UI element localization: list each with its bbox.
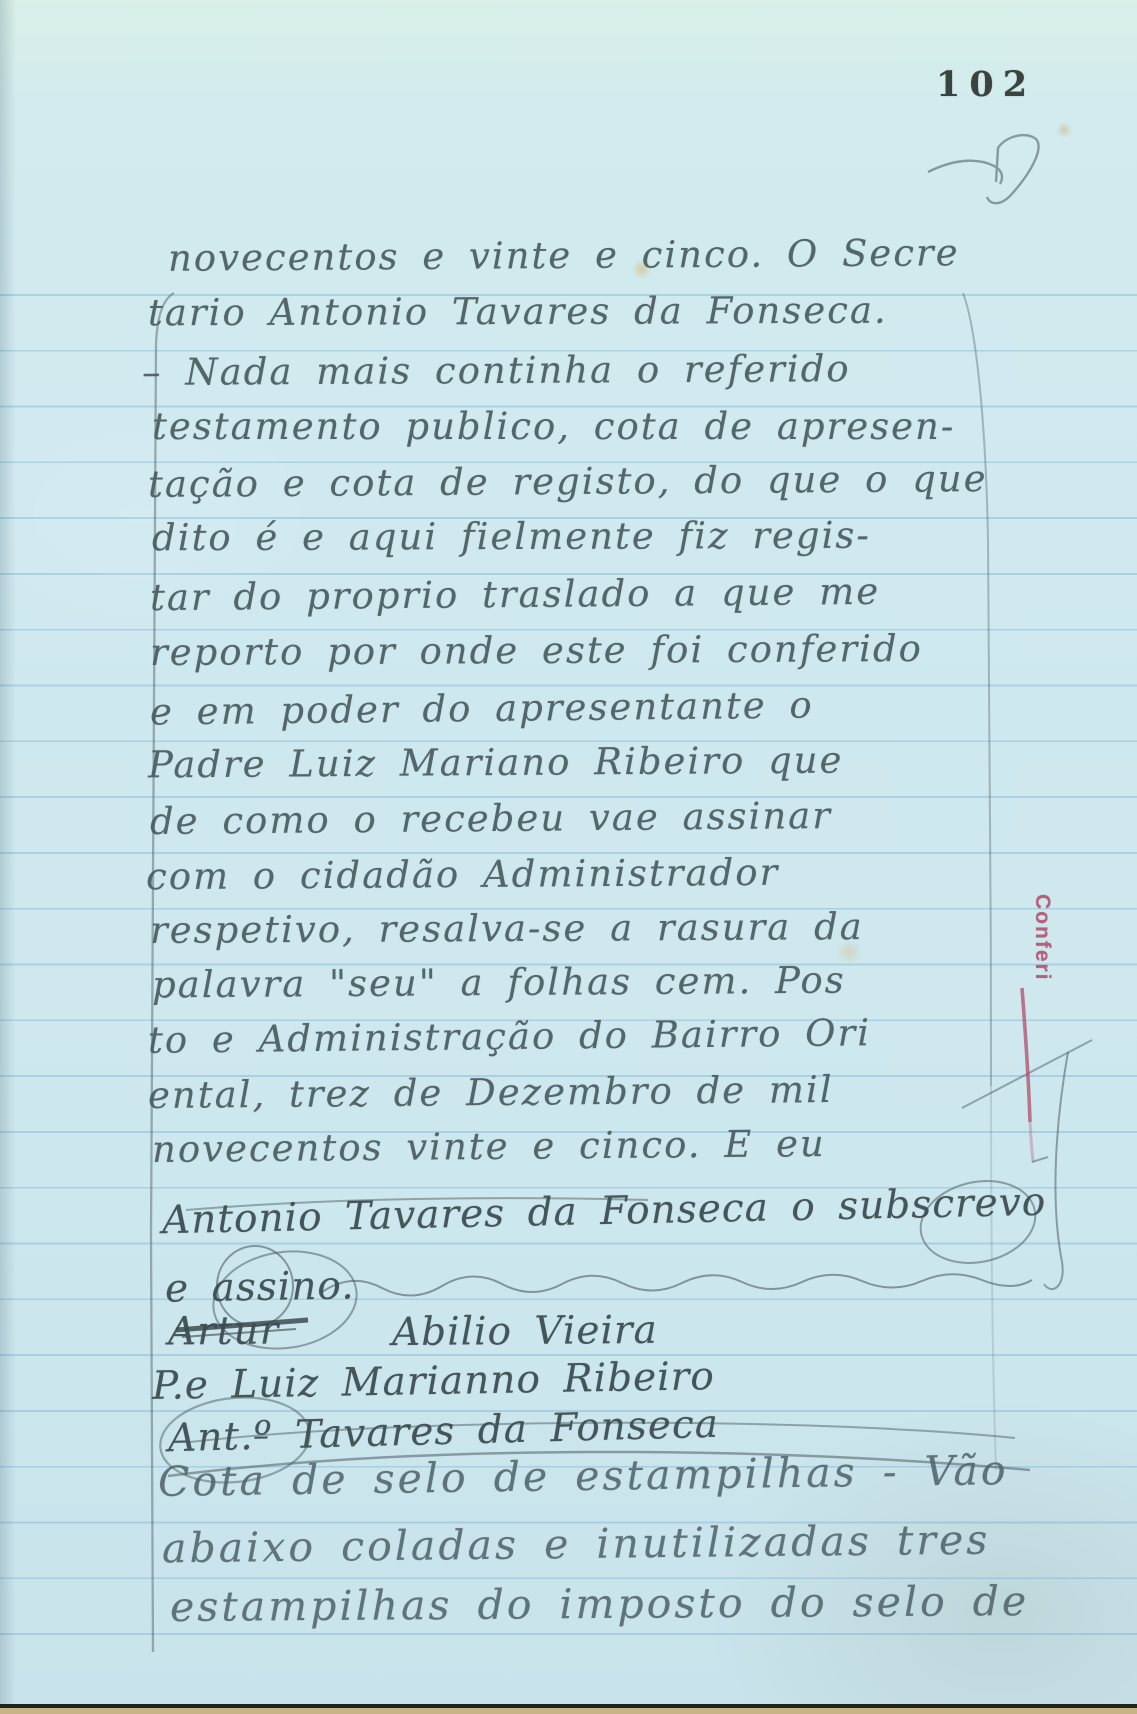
manuscript-line: novecentos vinte e cinco. E eu — [152, 1125, 826, 1168]
manuscript-line: testamento publico, cota de apresen- — [152, 408, 955, 445]
rubric-flourish — [928, 135, 1038, 203]
paper-stain — [1056, 122, 1072, 138]
wavy-filler-line — [322, 1274, 1032, 1295]
note-line: estampilhas do imposto do selo de — [170, 1581, 1029, 1628]
signature-witness-1: Artur — [168, 1312, 280, 1352]
signature-witness-2: Abilio Vieira — [392, 1311, 658, 1352]
manuscript-line: – Nada mais continha o referido — [142, 350, 851, 391]
page-number: 102 — [936, 64, 1036, 105]
manuscript-line: respetivo, resalva-se a rasura da — [150, 908, 864, 949]
manuscript-line: tação e cota de registo, do que o que — [148, 460, 988, 503]
note-line: abaixo coladas e inutilizadas tres — [162, 1520, 991, 1570]
manuscript-line: tar do proprio traslado a que me — [150, 573, 880, 616]
manuscript-line: e em poder do apresentante o — [150, 687, 814, 731]
page-bottom-edge — [0, 1704, 1137, 1714]
manuscript-line: reporto por onde este foi conferido — [150, 630, 923, 671]
margin-pencil-flourish — [1044, 1052, 1068, 1289]
signature-secretary: Antonio Tavares da Fonseca o subscrevo — [162, 1183, 1047, 1241]
right-margin-line-faint — [991, 1086, 996, 1470]
scan-edge-shadow — [0, 0, 16, 1714]
stamp-underline-fade — [1030, 1122, 1033, 1162]
conferi-stamp: Conferi — [1024, 894, 1054, 1004]
right-margin-line — [963, 293, 991, 1086]
margin-pencil-dash — [1032, 1157, 1048, 1162]
note-line: Cota de selo de estampilhas - Vão — [158, 1450, 1009, 1503]
stamp-underline — [1022, 988, 1030, 1122]
manuscript-line: palavra "seu" a folhas cem. Pos — [152, 962, 846, 1004]
manuscript-line: ental, trez de Dezembro de mil — [148, 1071, 834, 1114]
manuscript-line: Padre Luiz Mariano Ribeiro que — [148, 742, 844, 784]
margin-pencil-stroke — [962, 1040, 1092, 1108]
manuscript-line: com o cidadão Administrador — [146, 854, 779, 895]
manuscript-line: de como o recebeu vae assinar — [150, 797, 832, 840]
signature-e-assino: e assino. — [165, 1266, 355, 1308]
scanned-page: 102 Conferi novecentos — [0, 0, 1137, 1714]
manuscript-line: to e Administração do Bairro Ori — [148, 1014, 871, 1059]
manuscript-line: novecentos e vinte e cinco. O Secre — [168, 234, 960, 277]
manuscript-line: tario Antonio Tavares da Fonseca. — [148, 292, 888, 332]
signature-administrator: Ant.º Tavares da Fonseca — [168, 1405, 720, 1458]
manuscript-line: dito é e aqui fielmente fiz regis- — [152, 517, 871, 557]
signature-padre: P.e Luiz Marianno Ribeiro — [152, 1357, 715, 1406]
